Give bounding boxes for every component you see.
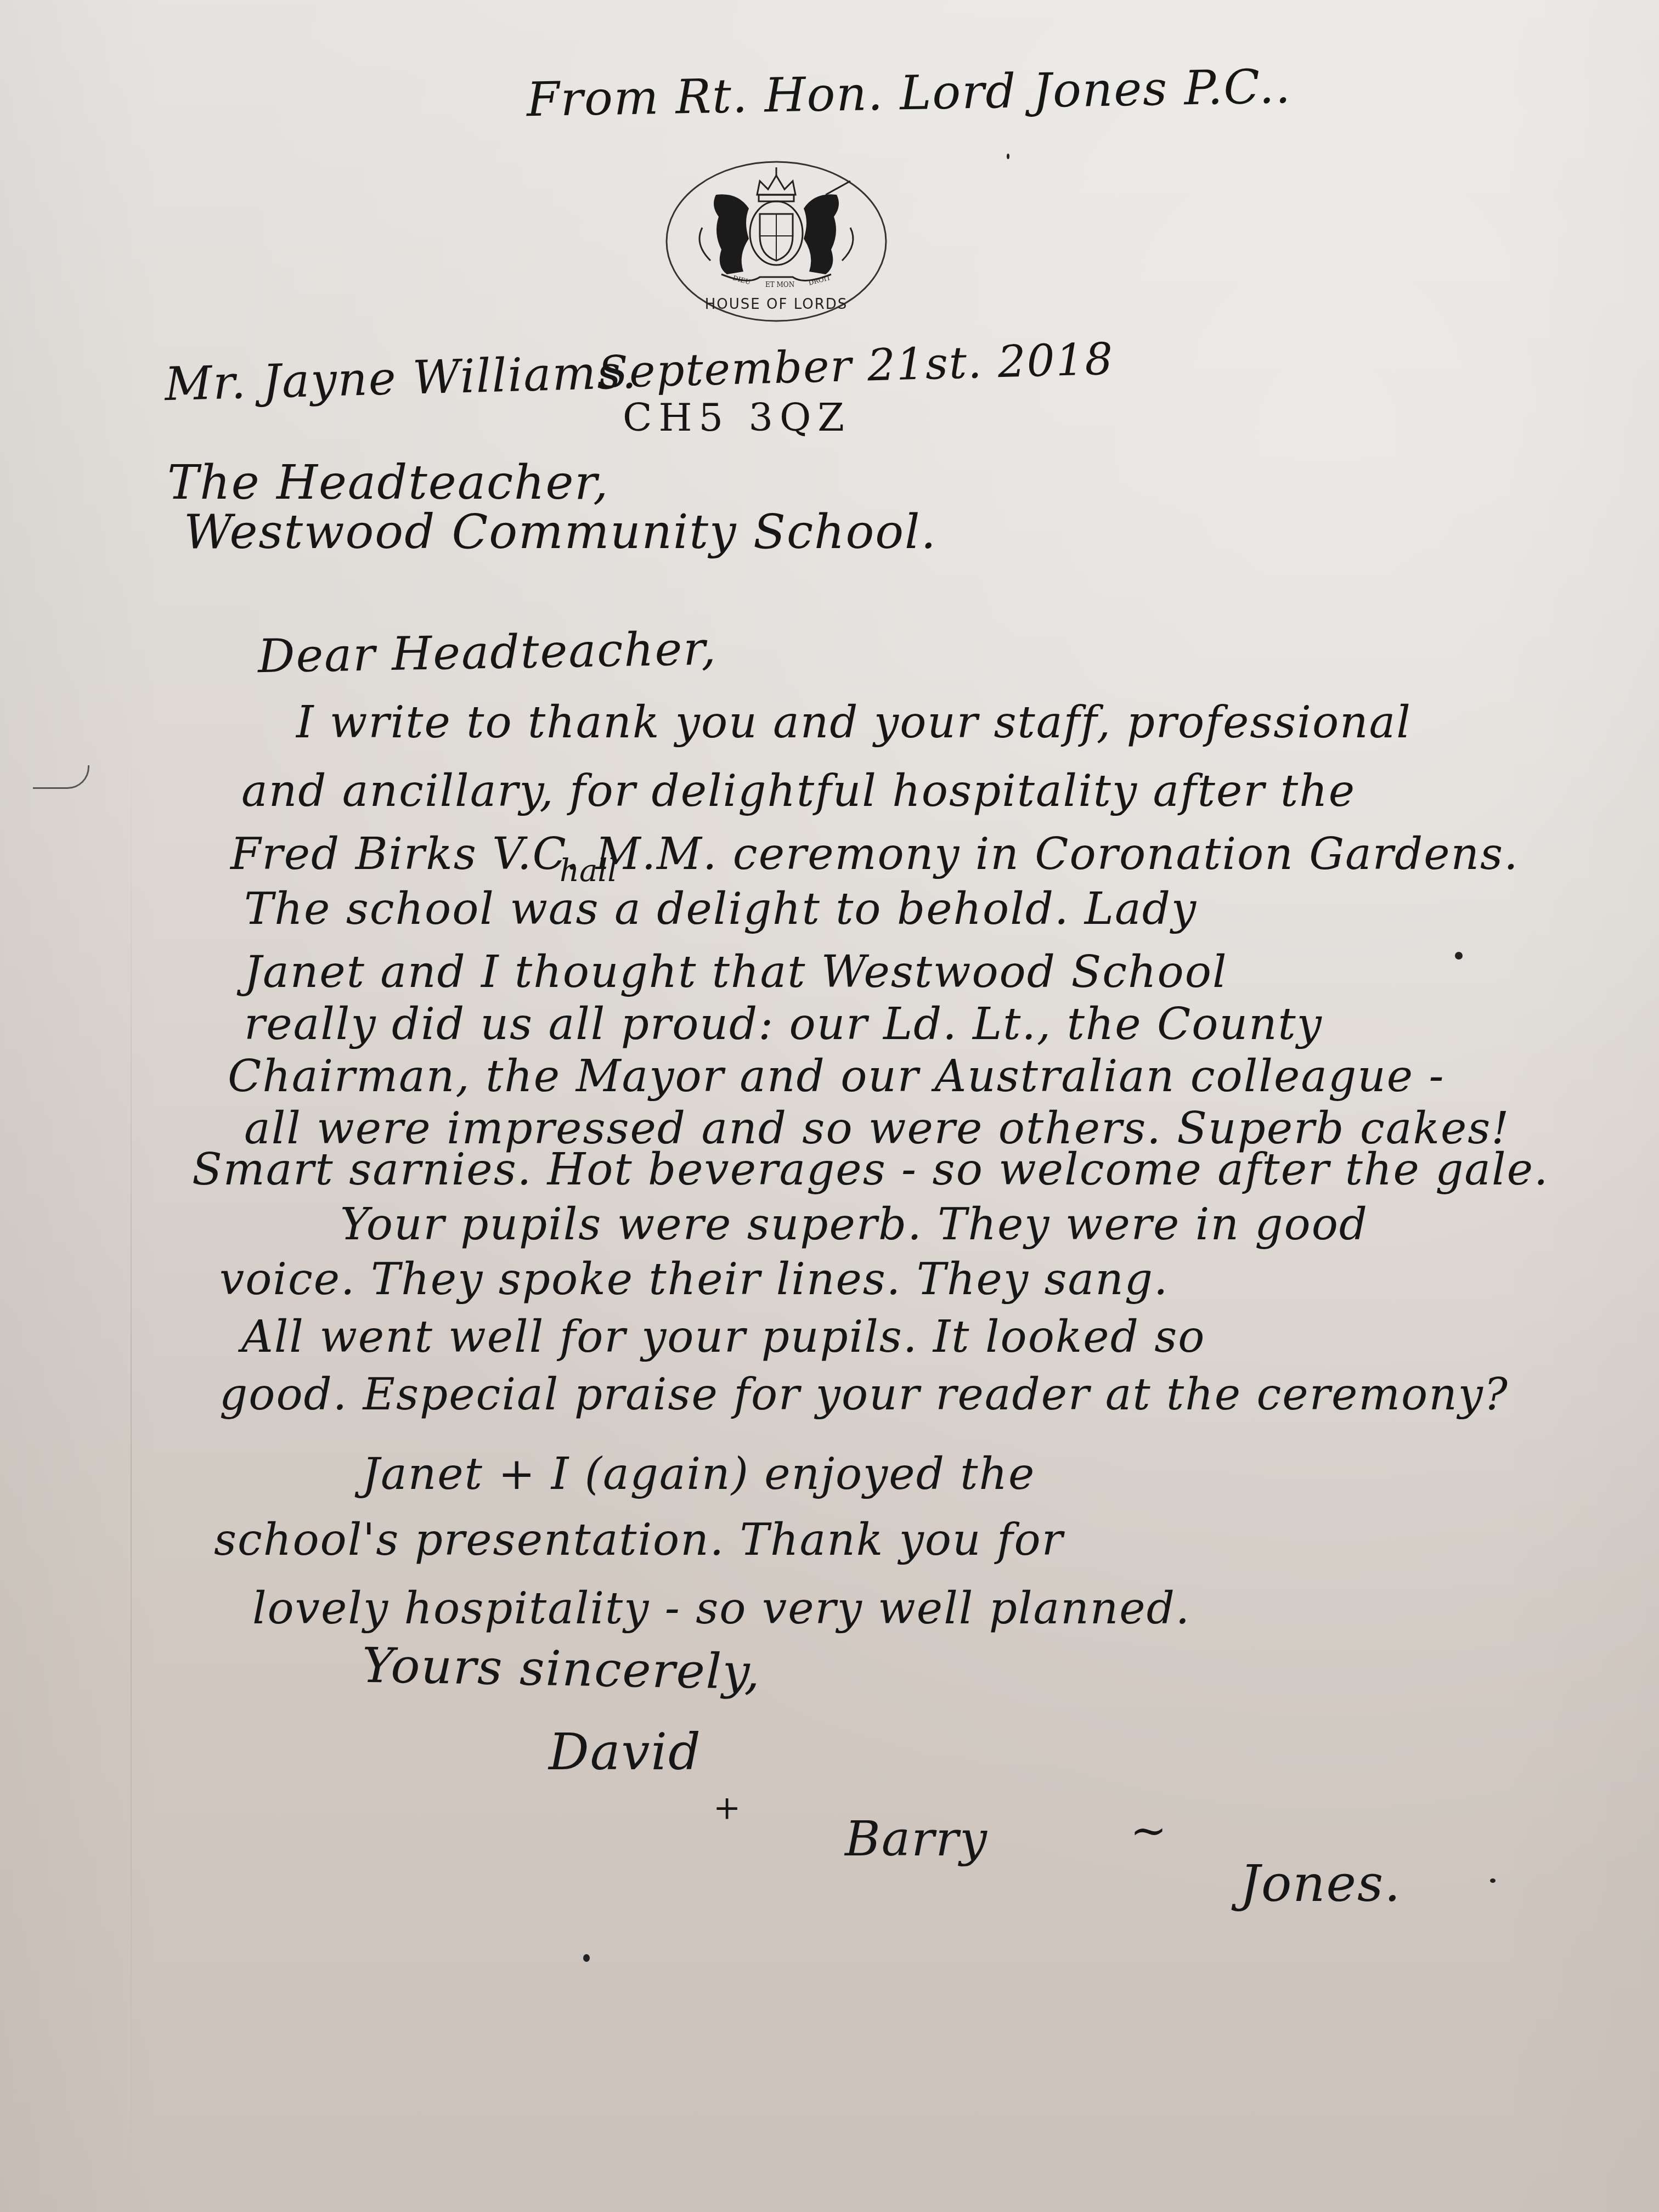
sender-postcode: CH5 3QZ [623, 395, 851, 440]
paper-fold-line [131, 713, 132, 2194]
body-line: lovely hospitality - so very well planne… [252, 1583, 1190, 1634]
ink-speck [583, 1954, 590, 1962]
signature-dash: ~ [1130, 1805, 1168, 1856]
svg-text:DROIT: DROIT [808, 274, 831, 287]
body-line: I write to thank you and your staff, pro… [296, 697, 1412, 748]
ink-speck [1007, 154, 1009, 159]
signature-middle-name: Barry [845, 1810, 988, 1867]
ink-speck [1455, 952, 1463, 960]
letter-paper: From Rt. Hon. Lord Jones P.C.. DIEU DROI… [0, 0, 1659, 2212]
body-line: good. Especial praise for your reader at… [219, 1369, 1509, 1420]
body-line: All went well for your pupils. It looked… [241, 1311, 1206, 1362]
svg-text:ET MON: ET MON [765, 281, 794, 289]
from-line: From Rt. Hon. Lord Jones P.C.. [526, 59, 1291, 127]
body-line: The school was a delight to behold. Lady [244, 883, 1197, 934]
body-line: Chairman, the Mayor and our Australian c… [228, 1051, 1444, 1102]
signature-first-name: David [549, 1723, 702, 1781]
letter-date: September 21st. 2018 [597, 334, 1115, 398]
salutation: Dear Headteacher, [257, 622, 717, 684]
body-line: really did us all proud: our Ld. Lt., th… [244, 998, 1323, 1049]
recipient-title: The Headteacher, [167, 455, 609, 510]
body-line: Fred Birks V.C. M.M. ceremony in Coronat… [230, 828, 1519, 879]
body-line: and ancillary, for delightful hospitalit… [241, 765, 1356, 816]
svg-text:DIEU: DIEU [732, 274, 752, 286]
royal-coat-of-arms-icon: DIEU DROIT ET MON HOUSE OF LORDS [661, 156, 891, 326]
signature-surname: Jones. [1240, 1854, 1401, 1913]
crest-caption: HOUSE OF LORDS [705, 296, 848, 313]
margin-pen-mark [33, 765, 89, 789]
body-line: voice. They spoke their lines. They sang… [219, 1254, 1169, 1305]
body-line: Smart sarnies. Hot beverages - so welcom… [192, 1144, 1549, 1195]
signature-plus: + [713, 1788, 742, 1827]
ink-speck [1490, 1878, 1496, 1883]
valediction: Yours sincerely, [362, 1637, 761, 1701]
body-line: Janet + I (again) enjoyed the [362, 1448, 1035, 1499]
body-line: Your pupils were superb. They were in go… [340, 1199, 1368, 1250]
body-line: school's presentation. Thank you for [214, 1514, 1064, 1565]
body-line: Janet and I thought that Westwood School [244, 946, 1227, 997]
recipient-organisation: Westwood Community School. [184, 505, 937, 560]
sender-name: Mr. Jayne Williams. [164, 345, 638, 411]
house-of-lords-crest: DIEU DROIT ET MON HOUSE OF LORDS [661, 156, 891, 326]
